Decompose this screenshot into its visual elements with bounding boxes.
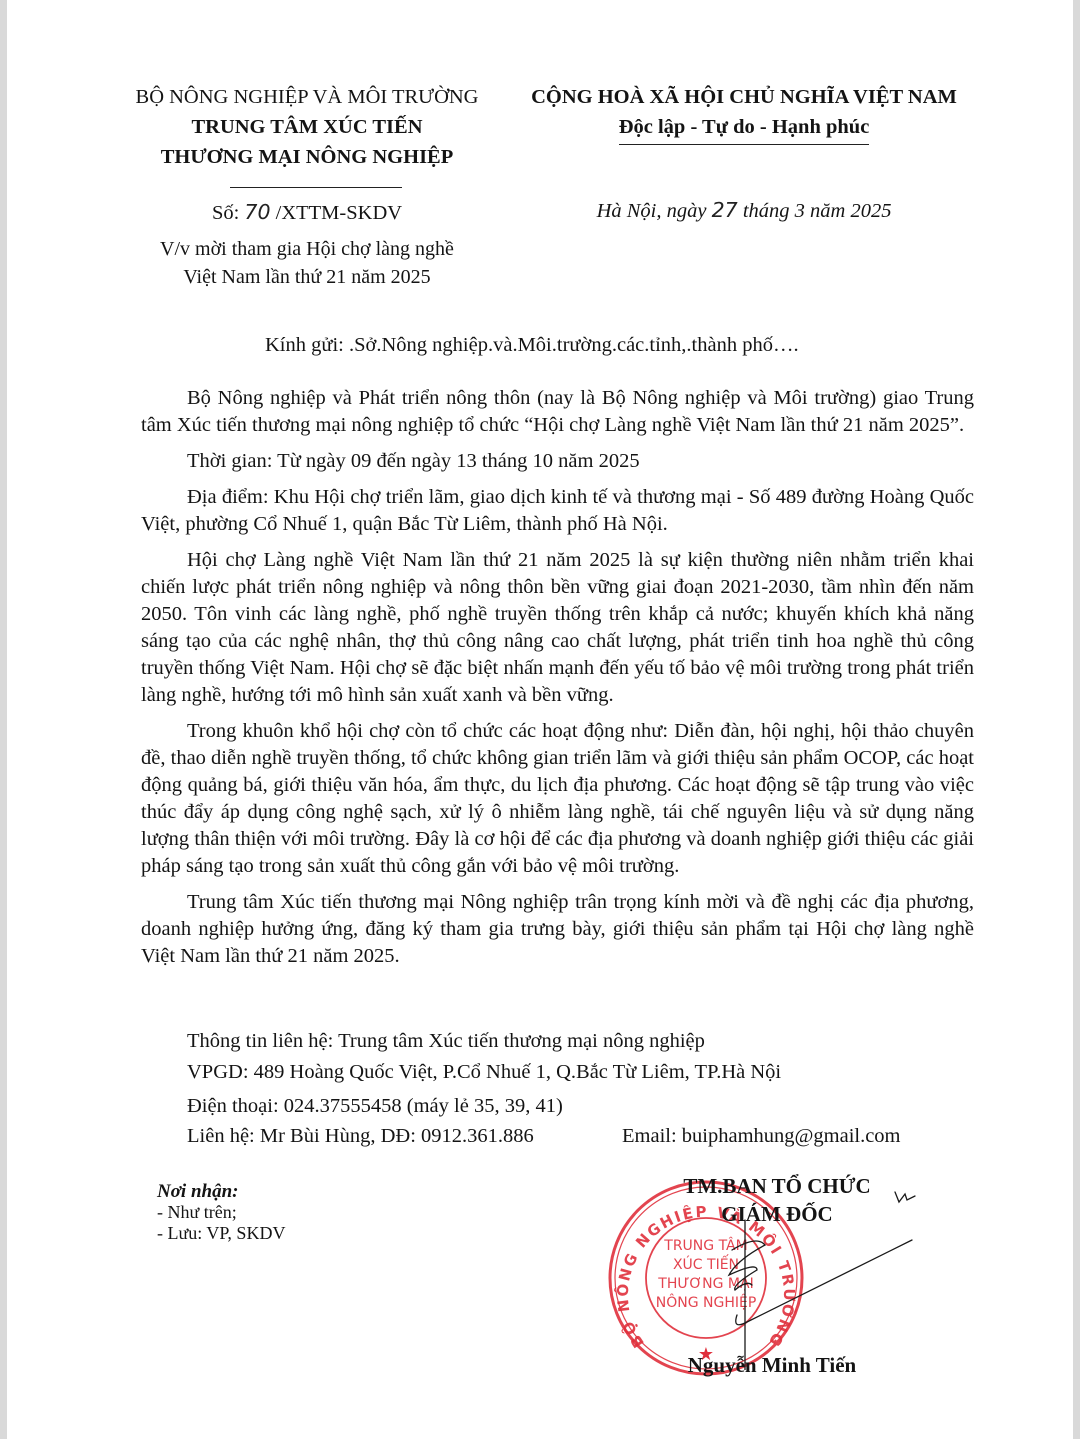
- contact-info: Thông tin liên hệ: Trung tâm Xúc tiến th…: [187, 1030, 705, 1053]
- handwritten-day: 27: [712, 198, 738, 222]
- document-page: BỘ NÔNG NGHIỆP VÀ MÔI TRƯỜNG TRUNG TÂM X…: [7, 0, 1073, 1439]
- national-motto: Độc lập - Tự do - Hạnh phúc: [619, 112, 870, 145]
- director-title: GIÁM ĐỐC: [647, 1200, 907, 1228]
- contact-phone: Điện thoại: 024.37555458 (máy lẻ 35, 39,…: [187, 1095, 563, 1118]
- ministry-name: BỘ NÔNG NGHIỆP VÀ MÔI TRƯỜNG: [107, 82, 507, 112]
- body-paragraph: Trung tâm Xúc tiến thương mại Nông nghiệ…: [141, 889, 974, 970]
- nation-title: CỘNG HOÀ XÃ HỘI CHỦ NGHĨA VIỆT NAM: [514, 82, 974, 112]
- handwritten-number: 70: [244, 200, 270, 224]
- organizing-committee: TM.BAN TỔ CHỨC: [647, 1172, 907, 1200]
- recipient-item: - Lưu: VP, SKDV: [157, 1223, 285, 1244]
- recipient-line: Kính gửi: .Sở.Nông nghiệp.và.Môi.trường.…: [265, 334, 799, 357]
- body-paragraph: Bộ Nông nghiệp và Phát triển nông thôn (…: [141, 385, 974, 439]
- event-time: Thời gian: Từ ngày 09 đến ngày 13 tháng …: [141, 448, 974, 475]
- contact-office: VPGD: 489 Hoàng Quốc Việt, P.Cổ Nhuế 1, …: [187, 1061, 781, 1084]
- contact-person: Liên hệ: Mr Bùi Hùng, DĐ: 0912.361.886: [187, 1125, 534, 1148]
- recipients-list: Nơi nhận: - Như trên; - Lưu: VP, SKDV: [157, 1181, 285, 1244]
- issuing-agency-header: BỘ NÔNG NGHIỆP VÀ MÔI TRƯỜNG TRUNG TÂM X…: [107, 82, 507, 172]
- signer-name: Nguyễn Minh Tiến: [657, 1353, 887, 1378]
- body-paragraph: Trong khuôn khổ hội chợ còn tổ chức các …: [141, 718, 974, 880]
- signatory-title: TM.BAN TỔ CHỨC GIÁM ĐỐC: [647, 1172, 907, 1228]
- recipients-title: Nơi nhận:: [157, 1181, 285, 1202]
- letter-body: Bộ Nông nghiệp và Phát triển nông thôn (…: [141, 385, 974, 970]
- contact-email[interactable]: Email: buiphamhung@gmail.com: [622, 1125, 901, 1148]
- header-divider: [230, 187, 402, 188]
- org-name-line1: TRUNG TÂM XÚC TIẾN: [107, 112, 507, 142]
- national-header: CỘNG HOÀ XÃ HỘI CHỦ NGHĨA VIỆT NAM Độc l…: [514, 82, 974, 145]
- event-location: Địa điểm: Khu Hội chợ triển lãm, giao dị…: [141, 484, 974, 538]
- issue-date: Hà Nội, ngày 27 tháng 3 năm 2025: [514, 198, 974, 223]
- document-subject: V/v mời tham gia Hội chợ làng nghề Việt …: [107, 235, 507, 291]
- recipient-item: - Như trên;: [157, 1202, 285, 1223]
- body-paragraph: Hội chợ Làng nghề Việt Nam lần thứ 21 nă…: [141, 547, 974, 709]
- org-name-line2: THƯƠNG MẠI NÔNG NGHIỆP: [107, 142, 507, 172]
- document-number: Số: 70 /XTTM-SKDV: [107, 200, 507, 225]
